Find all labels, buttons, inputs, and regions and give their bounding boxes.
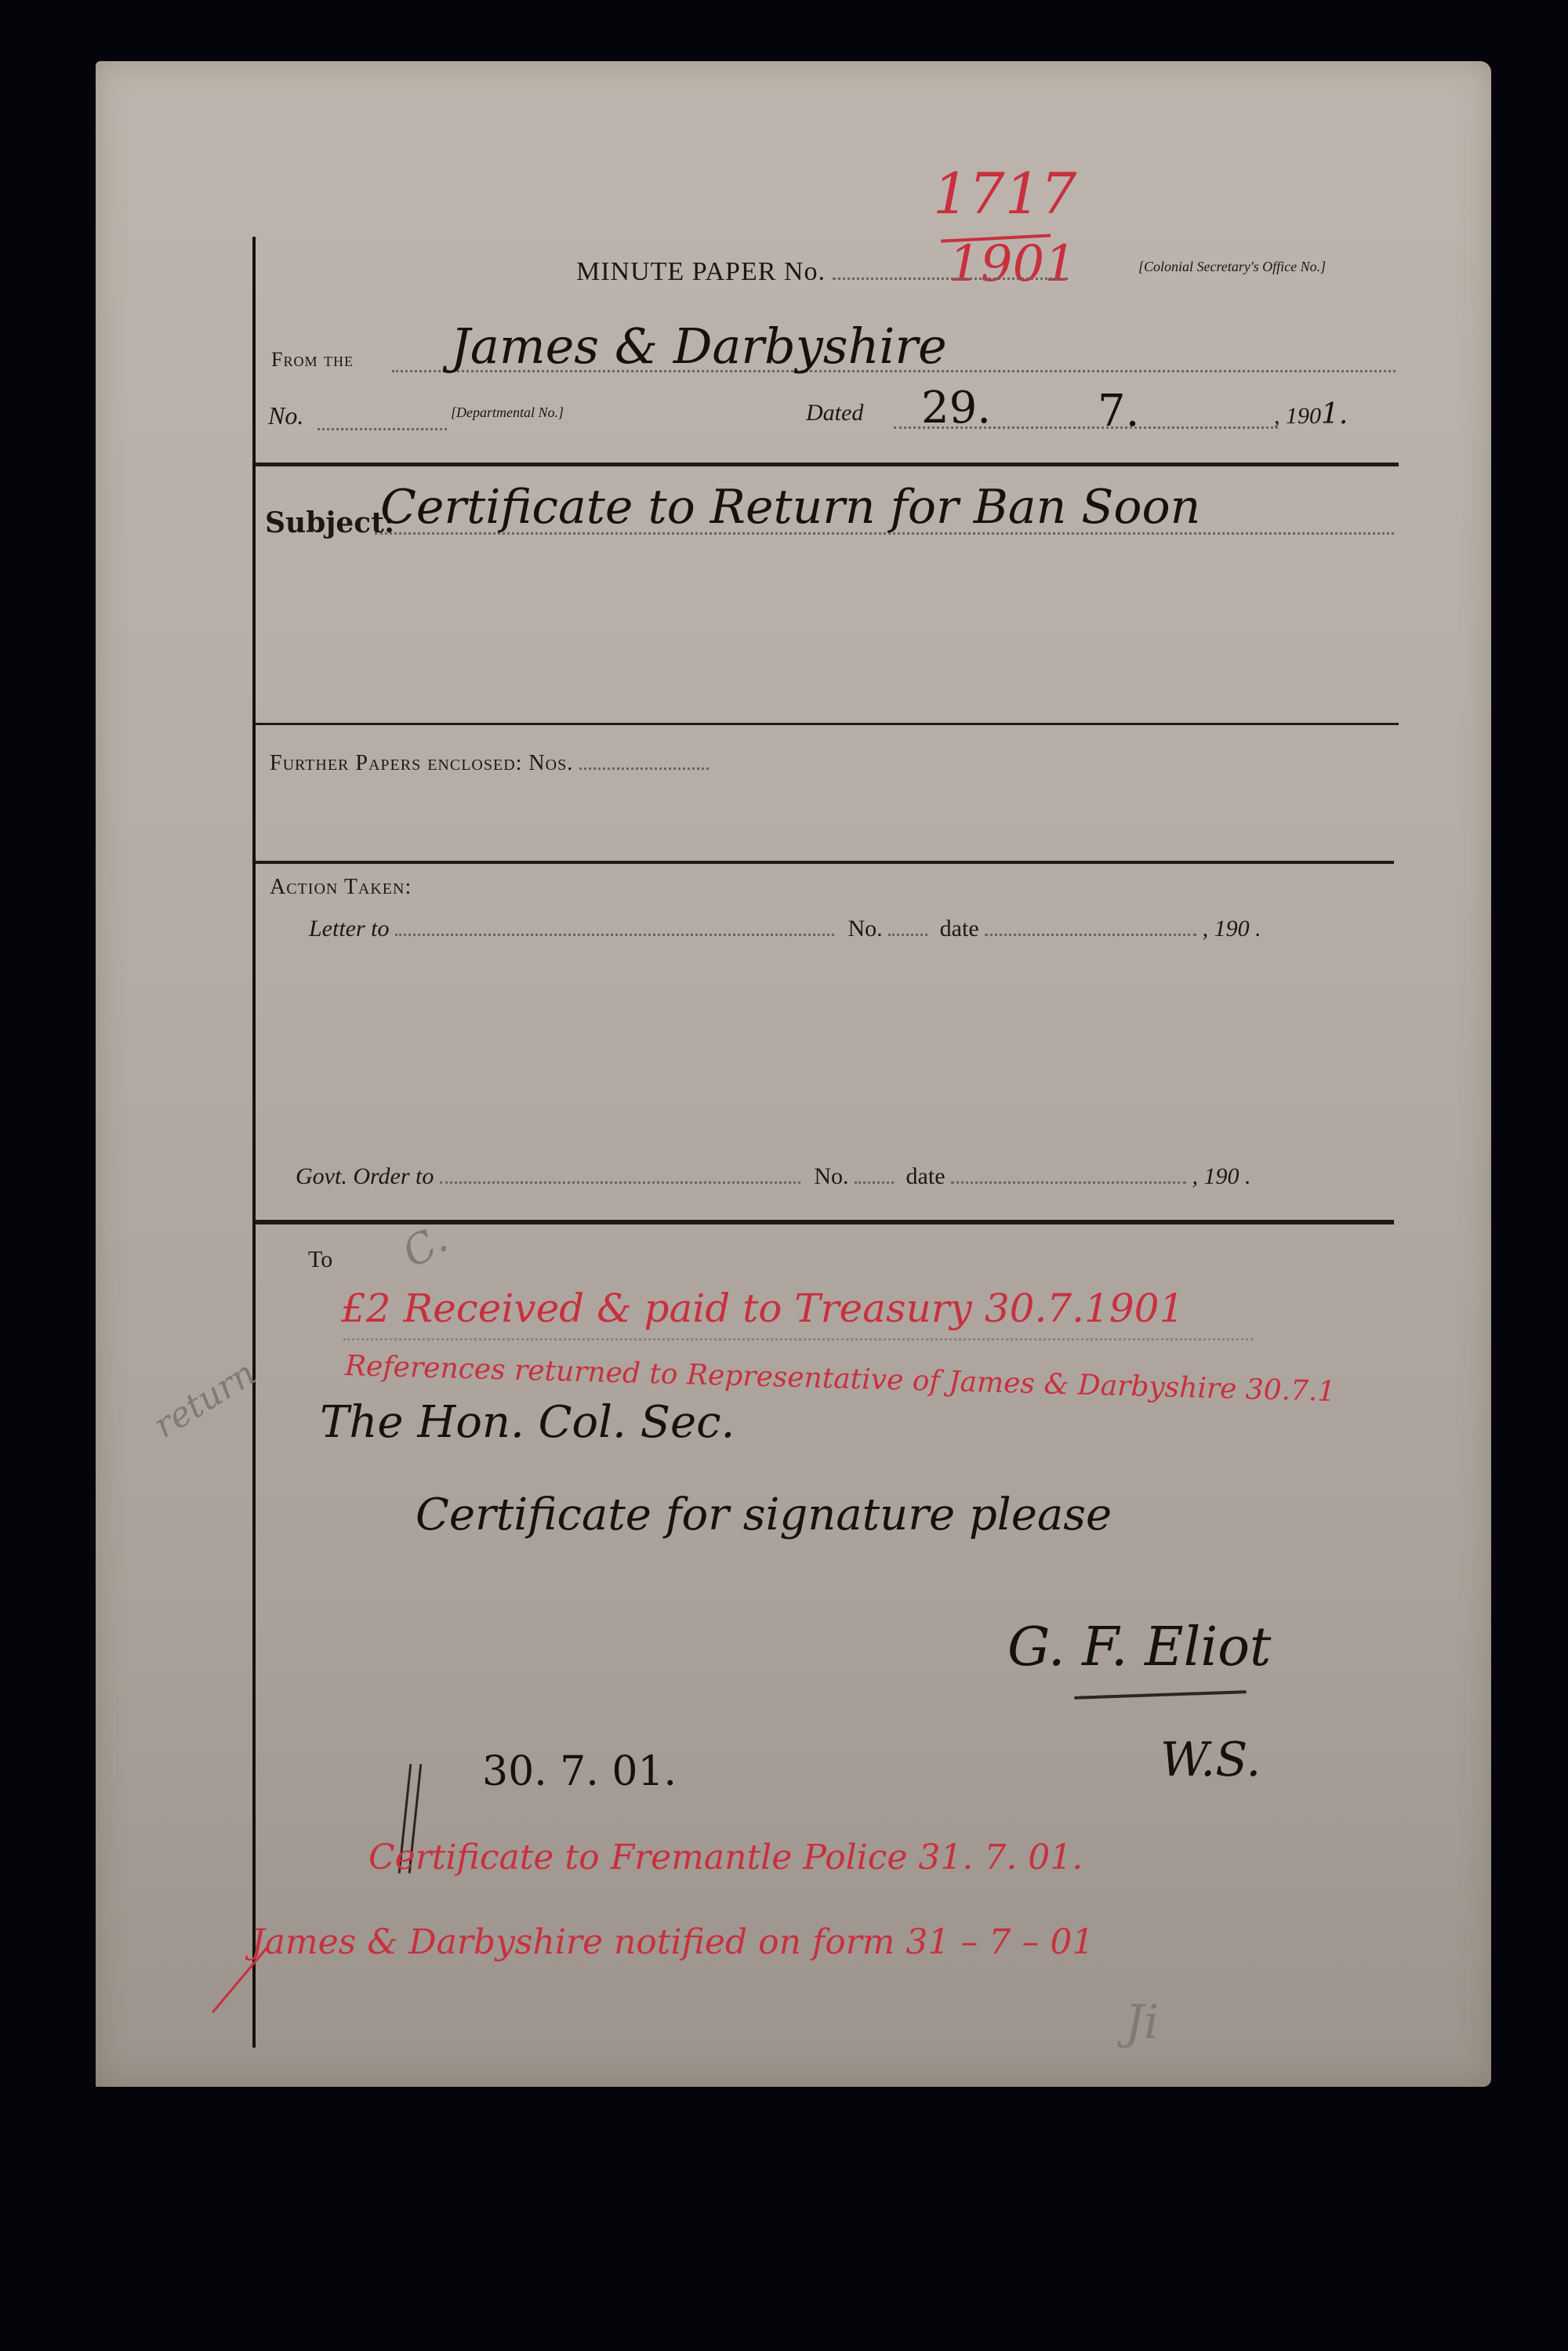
left-margin-rule — [252, 237, 256, 2048]
govt-date-label: date — [906, 1163, 946, 1189]
from-label: From the — [271, 348, 354, 372]
from-value: James & Darbyshire — [451, 317, 947, 375]
no-label: No. — [268, 401, 303, 430]
dated-month: 7. — [1098, 386, 1139, 437]
treasury-note: £2 Received & paid to Treasury 30.7.1901 — [341, 1286, 1184, 1331]
body-note: Certificate for signature please — [416, 1489, 1112, 1540]
treasury-underline — [343, 1335, 1253, 1341]
title-text: MINUTE PAPER No. — [576, 257, 826, 286]
subject-divider — [256, 723, 1399, 725]
govt-no-label: No. — [814, 1163, 848, 1189]
to-label: To — [308, 1246, 332, 1273]
letter-date-field — [985, 931, 1196, 936]
paper-number-top: 1717 — [933, 161, 1076, 227]
letter-year: , 190 — [1203, 916, 1250, 941]
govt-no-field — [855, 1178, 894, 1184]
signature: G. F. Eliot — [1007, 1616, 1271, 1678]
letter-no-label: No. — [848, 916, 883, 941]
letter-no-field — [888, 931, 927, 936]
year-prefix: , 190 — [1274, 403, 1321, 429]
govt-order-row: Govt. Order to No. date , 190 . — [296, 1163, 1251, 1190]
govt-date-field — [951, 1178, 1186, 1184]
further-text: Further Papers enclosed: Nos. — [270, 751, 573, 775]
minute-paper-title: MINUTE PAPER No. — [576, 257, 1068, 287]
further-papers-label: Further Papers enclosed: Nos. — [270, 751, 709, 776]
initials: W.S. — [1160, 1732, 1261, 1787]
dated-day: 29. — [921, 383, 991, 434]
letter-to-row: Letter to No. date , 190 . — [309, 916, 1261, 942]
dept-no-note: [Departmental No.] — [451, 405, 564, 421]
dated-label: Dated — [806, 400, 863, 426]
dated-year: , 1901. — [1274, 398, 1348, 430]
paper-no-field — [833, 274, 1068, 280]
year-suffix: 1. — [1321, 398, 1348, 430]
letter-to-field — [395, 931, 834, 936]
govt-year: , 190 — [1192, 1163, 1240, 1189]
police-note: Certificate to Fremantle Police 31. 7. 0… — [368, 1838, 1083, 1878]
govt-order-field — [440, 1178, 800, 1184]
colonial-office-note: [Colonial Secretary's Office No.] — [1138, 259, 1326, 275]
action-taken-label: Action Taken: — [270, 875, 412, 900]
further-field — [579, 764, 709, 770]
letter-date-label: date — [940, 916, 979, 941]
date-note: 30. 7. 01. — [482, 1748, 677, 1795]
further-divider — [256, 861, 1394, 864]
letter-to-label: Letter to — [309, 916, 390, 941]
header-divider — [256, 463, 1399, 466]
notified-note: James & Darbyshire notified on form 31 –… — [251, 1922, 1094, 1962]
govt-order-label: Govt. Order to — [296, 1163, 434, 1189]
addressee: The Hon. Col. Sec. — [320, 1397, 735, 1448]
dept-no-field — [318, 425, 447, 430]
subject-value: Certificate to Return for Ban Soon — [380, 480, 1200, 535]
pencil-initials: Ji — [1125, 1995, 1159, 2050]
